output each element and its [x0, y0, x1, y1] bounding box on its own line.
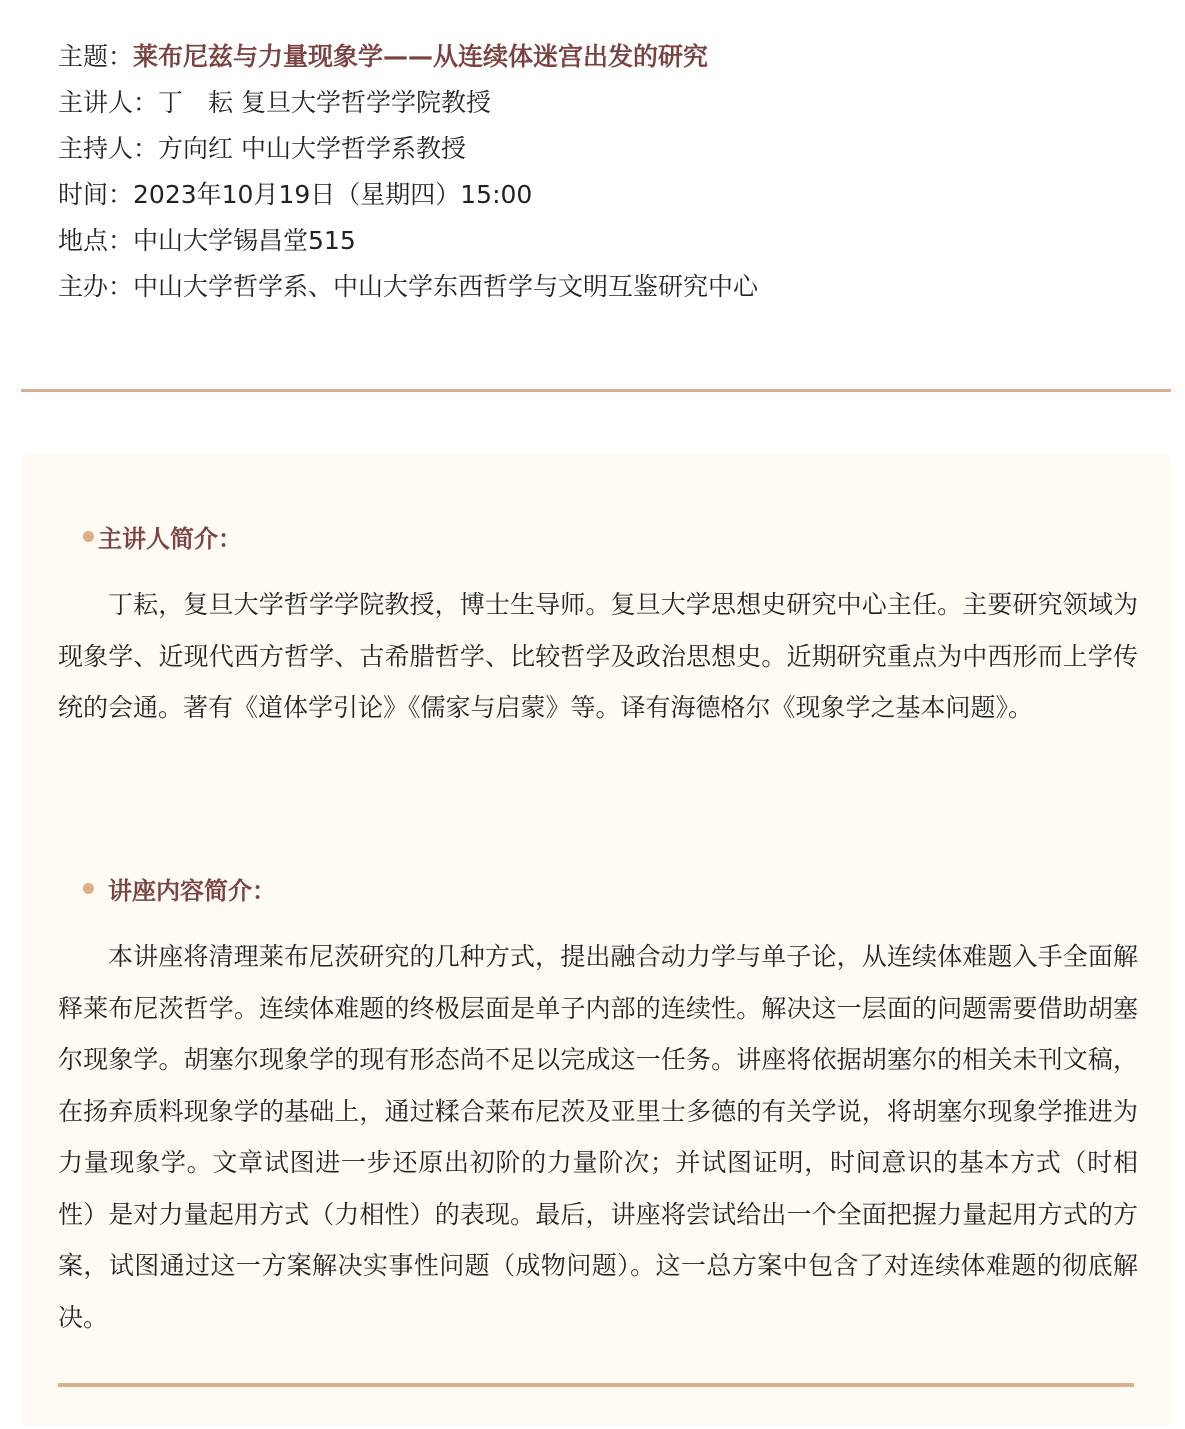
speaker-value: 丁 耘 复旦大学哲学学院教授	[158, 88, 491, 117]
lecture-abstract-heading-text: 讲座内容简介：	[108, 871, 276, 906]
content-panel: 主讲人简介： 丁耘，复旦大学哲学学院教授，博士生导师。复旦大学思想史研究中心主任…	[21, 455, 1171, 1425]
bullet-dot-icon	[83, 531, 94, 542]
lecture-abstract-heading: 讲座内容简介：	[83, 871, 276, 906]
top-divider	[21, 389, 1171, 392]
bullet-dot-icon	[83, 883, 94, 894]
topic-title: 莱布尼兹与力量现象学——从连续体迷宫出发的研究	[133, 42, 708, 71]
location-value: 中山大学锡昌堂515	[133, 226, 356, 255]
speaker-bio-heading-text: 主讲人简介：	[98, 519, 242, 554]
speaker-bio-heading: 主讲人简介：	[83, 519, 242, 554]
speaker-label: 主讲人：	[58, 88, 158, 117]
topic-row: 主题：莱布尼兹与力量现象学——从连续体迷宫出发的研究	[58, 34, 1158, 80]
lecture-abstract-text: 本讲座将清理莱布尼茨研究的几种方式，提出融合动力学与单子论，从连续体难题入手全面…	[58, 931, 1138, 1343]
time-row: 时间：2023年10月19日（星期四）15:00	[58, 172, 1158, 218]
speaker-bio-text: 丁耘，复旦大学哲学学院教授，博士生导师。复旦大学思想史研究中心主任。主要研究领域…	[58, 579, 1138, 734]
host-label: 主持人：	[58, 134, 158, 163]
speaker-row: 主讲人：丁 耘 复旦大学哲学学院教授	[58, 80, 1158, 126]
organizer-row: 主办：中山大学哲学系、中山大学东西哲学与文明互鉴研究中心	[58, 264, 1158, 310]
organizer-label: 主办：	[58, 272, 133, 301]
host-value: 方向红 中山大学哲学系教授	[158, 134, 466, 163]
organizer-value: 中山大学哲学系、中山大学东西哲学与文明互鉴研究中心	[133, 272, 758, 301]
location-label: 地点：	[58, 226, 133, 255]
location-row: 地点：中山大学锡昌堂515	[58, 218, 1158, 264]
bottom-divider	[58, 1383, 1134, 1387]
topic-label: 主题：	[58, 42, 133, 71]
time-label: 时间：	[58, 180, 133, 209]
event-info: 主题：莱布尼兹与力量现象学——从连续体迷宫出发的研究 主讲人：丁 耘 复旦大学哲…	[58, 34, 1158, 310]
host-row: 主持人：方向红 中山大学哲学系教授	[58, 126, 1158, 172]
time-value: 2023年10月19日（星期四）15:00	[133, 180, 532, 209]
